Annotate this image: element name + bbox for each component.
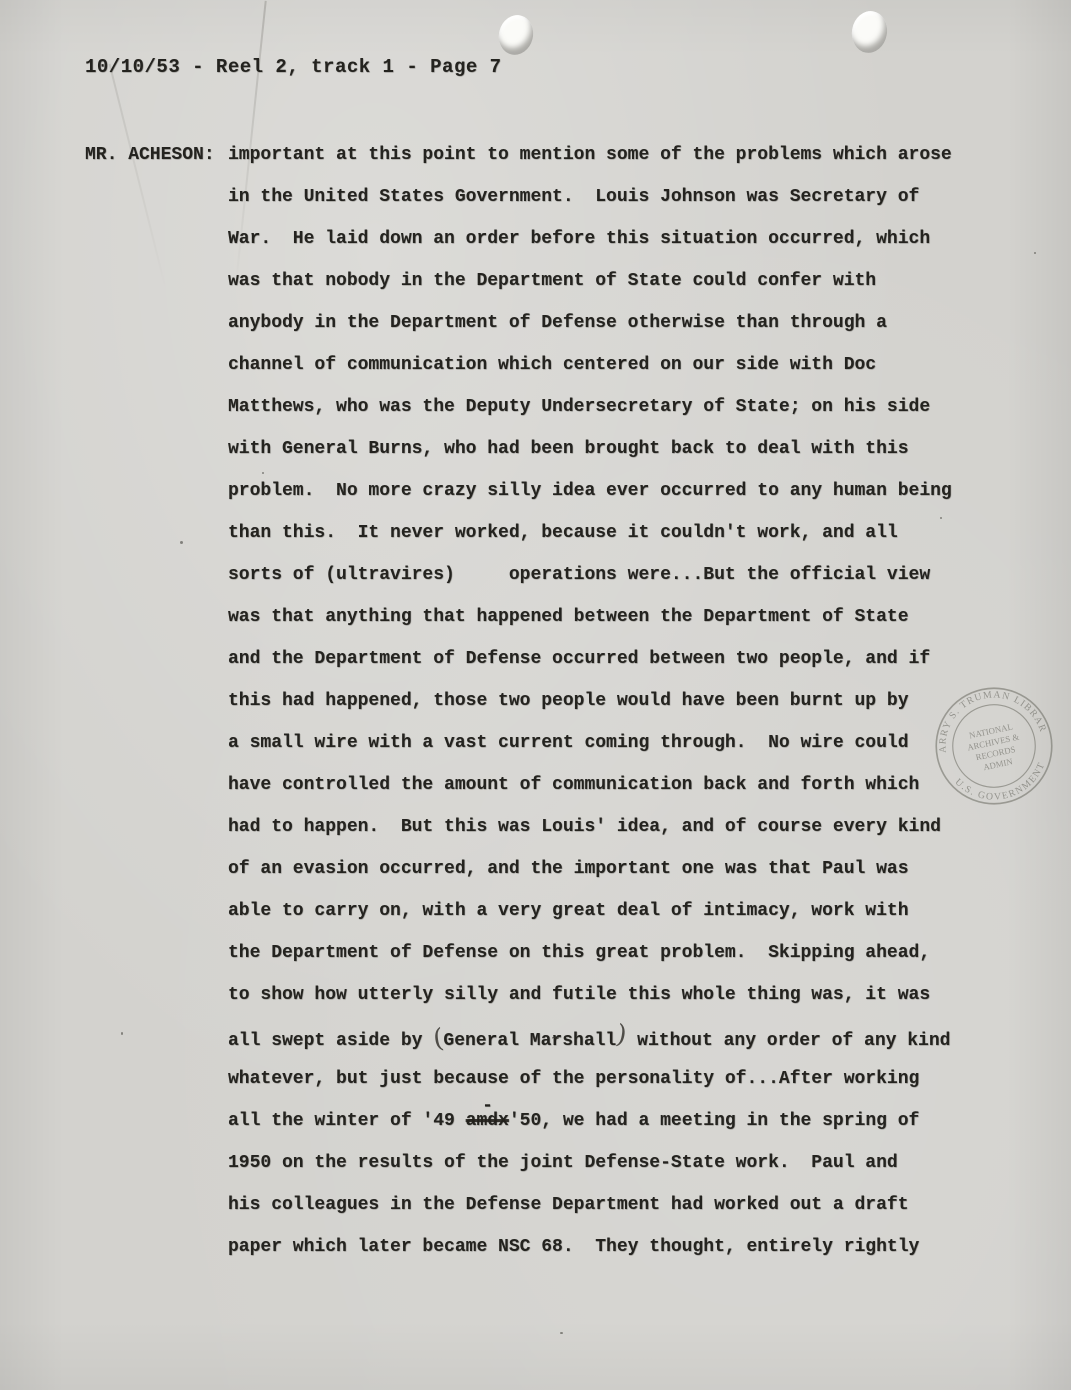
transcript-line: able to carry on, with a very great deal…: [228, 890, 1018, 932]
transcript-line-corrected: all the winter of '49 -amdx'50, we had a…: [228, 1100, 1018, 1142]
transcript-line: than this. It never worked, because it c…: [228, 512, 1018, 554]
line-text: '50, we had a meeting in the spring of: [509, 1111, 919, 1131]
hole-punch: [849, 8, 891, 55]
transcript-line: Matthews, who was the Deputy Undersecret…: [228, 386, 1018, 428]
transcript-line: War. He laid down an order before this s…: [228, 218, 1018, 260]
transcript-line-marshall: all swept aside by ~(General Marshall) w…: [228, 1016, 1018, 1058]
paper-speck: [121, 1032, 123, 1035]
transcript-line: the Department of Defense on this great …: [228, 932, 1018, 974]
transcript-line: this had happened, those two people woul…: [228, 680, 1018, 722]
hole-punch: [495, 11, 538, 58]
transcript-line: anybody in the Department of Defense oth…: [228, 302, 1018, 344]
page-header: 10/10/53 - Reel 2, track 1 - Page 7: [85, 56, 502, 78]
transcript-line: was that anything that happened between …: [228, 596, 1018, 638]
overstrike-hyphen: -: [482, 1085, 493, 1127]
transcript-line: a small wire with a vast current coming …: [228, 722, 1018, 764]
paper-speck: [560, 1332, 563, 1334]
transcript-line: whatever, but just because of the person…: [228, 1058, 1018, 1100]
paper-speck: [180, 541, 183, 544]
line-text: General Marshall: [443, 1031, 616, 1051]
transcript-line: to show how utterly silly and futile thi…: [228, 974, 1018, 1016]
transcript-line: channel of communication which centered …: [228, 344, 1018, 386]
transcript-line: sorts of (ultravires) operations were...…: [228, 554, 1018, 596]
transcript-line: of an evasion occurred, and the importan…: [228, 848, 1018, 890]
paper-crease: [109, 64, 174, 317]
transcript-line: problem. No more crazy silly idea ever o…: [228, 470, 1018, 512]
transcript-line: 1950 on the results of the joint Defense…: [228, 1142, 1018, 1184]
transcript-line: his colleagues in the Defense Department…: [228, 1184, 1018, 1226]
paper-speck: [1034, 252, 1036, 254]
transcript-line: in the United States Government. Louis J…: [228, 176, 1018, 218]
transcript-line: paper which later became NSC 68. They th…: [228, 1226, 1018, 1268]
line-text: all the winter of '49: [228, 1111, 466, 1131]
typo-correction: -amdx: [466, 1100, 509, 1142]
transcript-line: had to happen. But this was Louis' idea,…: [228, 806, 1018, 848]
transcript-line: important at this point to mention some …: [228, 134, 1018, 176]
speaker-label: MR. ACHESON:: [85, 134, 215, 176]
scanned-document-page: 10/10/53 - Reel 2, track 1 - Page 7 MR. …: [0, 0, 1071, 1390]
transcript-line: was that nobody in the Department of Sta…: [228, 260, 1018, 302]
transcript-line: and the Department of Defense occurred b…: [228, 638, 1018, 680]
transcript: important at this point to mention some …: [228, 134, 1018, 1268]
transcript-line: with General Burns, who had been brought…: [228, 428, 1018, 470]
line-text: without any order of any kind: [626, 1031, 950, 1051]
line-text: all swept aside by: [228, 1031, 433, 1051]
transcript-line: have controlled the amount of communicat…: [228, 764, 1018, 806]
